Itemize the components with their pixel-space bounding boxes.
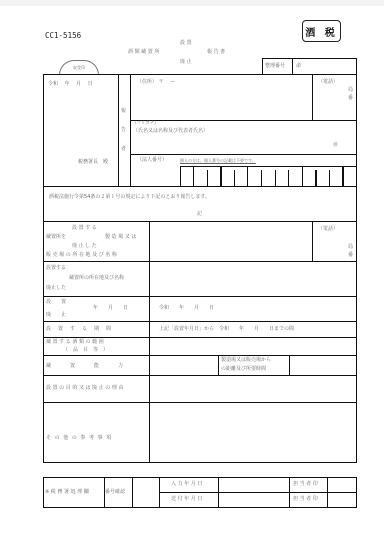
distance-field[interactable] — [290, 356, 356, 375]
report-date[interactable]: 令和 年 月 日 — [48, 82, 93, 87]
received-stamp-circle: 収受印 — [59, 60, 99, 75]
statement-text: 酒税法施行令第54条の２第１号の規定により下記のとおり報告します。 — [49, 195, 210, 200]
viewer-top-bar — [0, 0, 384, 6]
purpose-label: 設 置 の 目 的 又 は 廃 止 の 理 由 — [46, 386, 123, 391]
person-seal-label-1: 担 当 者 印 — [293, 482, 318, 487]
send-date-label: 送 付 年 月 日 — [171, 497, 202, 502]
purpose-field[interactable] — [150, 376, 356, 402]
ref-number-field[interactable]: 命 — [296, 64, 301, 69]
period-label: 設 置 す る 期 間 — [46, 327, 112, 332]
received-stamp-label: 収受印 — [60, 66, 98, 70]
factory-label-line4: 販 売 場 の 所 在 地 及 び 名 称 — [46, 253, 117, 258]
scope-field[interactable] — [150, 338, 356, 355]
reporter-side-label-1: 報 — [121, 109, 126, 114]
storage-label-line1: 設置する — [46, 266, 66, 271]
capacity-label: 蔵 置 能 力 — [46, 364, 126, 369]
person-seal-field-2[interactable] — [328, 493, 356, 507]
storage-label-line2: 蔵置所の所在地及び名称 — [69, 276, 124, 281]
ref-number-label: 整理番号 — [265, 64, 285, 69]
reporter-side-label-3: 者 — [121, 147, 126, 152]
date-label-ymd: 年 月 日 — [93, 306, 128, 311]
title-option-abolish: 廃 止 — [180, 60, 192, 65]
office-use-label: ※ 税 務 署 処 理 欄 — [45, 490, 89, 495]
addressee-label: 税務署長 殿 — [78, 160, 108, 165]
corp-number-note: 個人の方は、個人番号の記載は不要です。 — [180, 159, 256, 163]
name-field[interactable]: （氏名又は名称及び代表者氏名） — [133, 129, 208, 134]
address-field[interactable]: （住所） 〒 ー — [137, 80, 175, 85]
factory-phone-ban: 番 — [348, 253, 353, 258]
other-notes-field[interactable] — [150, 403, 356, 462]
factory-phone-label: （電話） — [318, 227, 338, 232]
factory-label-line2a: 蔵置所を — [46, 235, 66, 240]
other-notes-label: そ の 他 の 参 考 事 項 — [46, 436, 112, 441]
factory-label-line2b: 製 造 場 又 は — [105, 235, 136, 240]
phone-suffix-kyoku: 局 — [348, 88, 353, 93]
input-date-field[interactable] — [219, 478, 289, 492]
factory-location-field[interactable] — [150, 222, 312, 261]
phone-suffix-ban: 番 — [348, 96, 353, 101]
furigana-label: （フリガナ） — [132, 122, 159, 127]
factory-label-line3: 廃 止 し た — [72, 244, 97, 249]
number-check-label: 番号確認 — [105, 490, 125, 495]
ki-label: 記 — [197, 212, 202, 217]
form-code: CC1-5156 — [45, 31, 81, 40]
title-option-establish: 設 置 — [180, 41, 192, 46]
scope-label-line2: （ 品 目 等 ） — [63, 348, 108, 353]
factory-label-line1: 設 置 す る — [72, 226, 97, 231]
phone-label: （電話） — [318, 80, 338, 85]
seal-mark: ㊞ — [333, 143, 338, 148]
storage-location-field[interactable] — [150, 262, 356, 296]
date-field[interactable]: 令和 年 月 日 — [159, 306, 214, 311]
distance-label-line2: の距離及び所要時間 — [221, 367, 266, 372]
date-label-abolish: 廃 止 — [46, 313, 66, 318]
send-date-field[interactable] — [219, 493, 289, 507]
distance-label-line1: 製造場又は販売場から — [221, 358, 271, 363]
person-seal-label-2: 担 当 者 印 — [293, 497, 318, 502]
title-prefix: 酒 類 蔵 置 所 — [128, 50, 159, 55]
capacity-field[interactable] — [150, 356, 218, 375]
date-label-establish: 設 置 — [46, 300, 66, 305]
liquor-tax-stamp: 酒 税 — [302, 20, 341, 42]
person-seal-field-1[interactable] — [328, 478, 356, 492]
number-check-field[interactable] — [133, 478, 159, 507]
storage-label-line3: 廃止した — [46, 286, 66, 291]
reporter-side-label-2: 告 — [121, 128, 126, 133]
title-suffix: 報 告 書 — [207, 50, 225, 55]
scope-label-line1: 蔵 置 す る 酒 類 の 範 囲 — [46, 340, 104, 345]
input-date-label: 入 力 年 月 日 — [171, 482, 202, 487]
period-field[interactable]: 上記「設置年月日」から 令和 年 月 日までの間 — [159, 327, 294, 332]
corp-number-label: （法人番号） — [137, 158, 167, 163]
factory-phone-kyoku: 局 — [348, 245, 353, 250]
